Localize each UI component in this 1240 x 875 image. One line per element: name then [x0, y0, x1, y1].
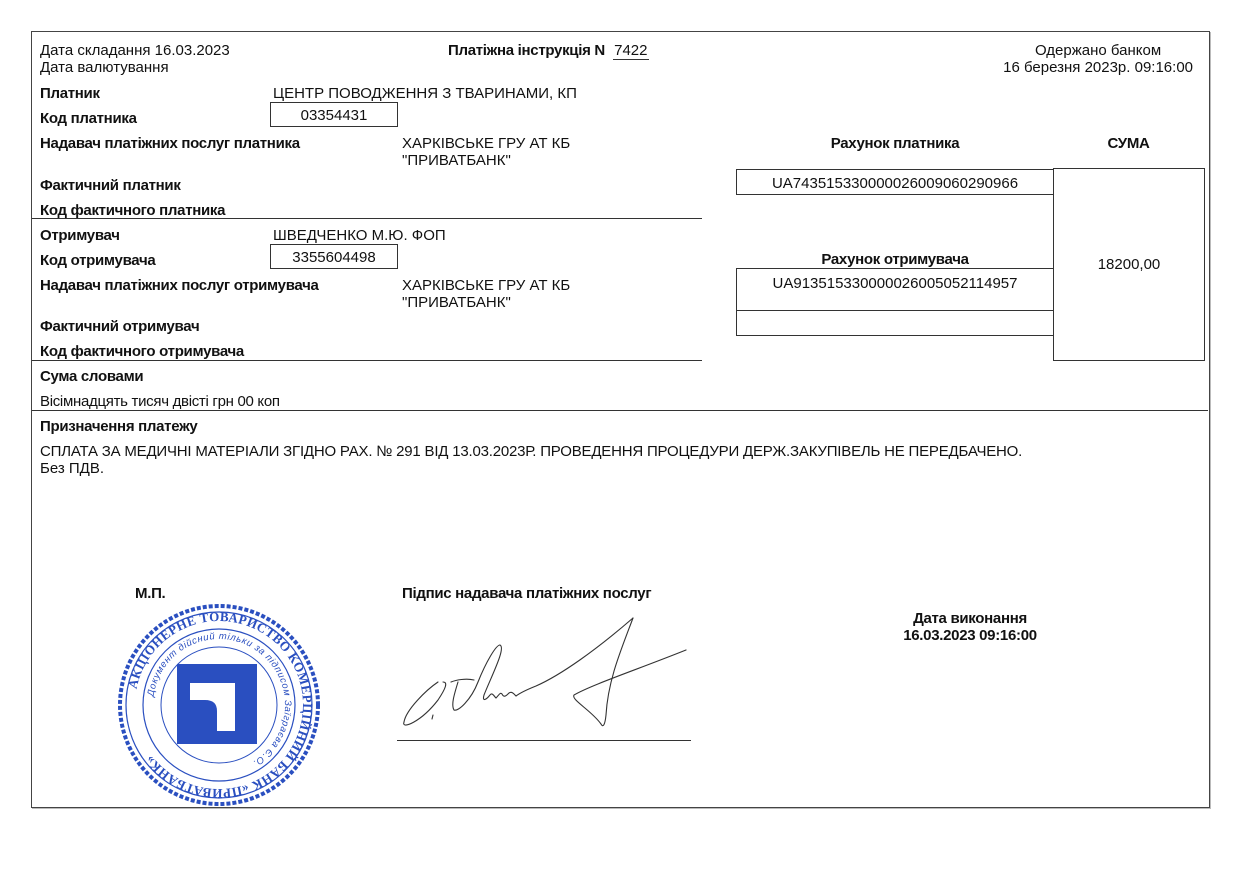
payer-code: 03354431 [270, 102, 398, 127]
actual-payer-label: Фактичний платник [40, 177, 181, 194]
recipient-account-extra [736, 310, 1054, 336]
bank-stamp-graphic: АКЦІОНЕРНЕ ТОВАРИСТВО КОМЕРЦІЙНИЙ БАНК «… [117, 603, 321, 807]
recipient-code: 3355604498 [270, 244, 398, 269]
sum-amount: 18200,00 [1098, 256, 1161, 273]
payer-provider: ХАРКІВСЬКЕ ГРУ АТ КБ "ПРИВАТБАНК" [402, 135, 570, 169]
recipient-provider-line1: ХАРКІВСЬКЕ ГРУ АТ КБ [402, 277, 570, 294]
purpose-line1: СПЛАТА ЗА МЕДИЧНІ МАТЕРІАЛИ ЗГІДНО РАХ. … [40, 443, 1022, 460]
received-block: Одержано банком 16 березня 2023р. 09:16:… [1003, 42, 1193, 76]
payer-code-label: Код платника [40, 110, 137, 127]
recipient-name: ШВЕДЧЕНКО М.Ю. ФОП [273, 227, 446, 244]
instruction-title: Платіжна інструкція N 7422 [448, 42, 649, 60]
divider-payer [32, 218, 702, 219]
payer-account-header: Рахунок платника [737, 135, 1053, 152]
signature-graphic [396, 600, 696, 745]
recipient-account-header: Рахунок отримувача [737, 251, 1053, 268]
instruction-number: 7422 [613, 42, 648, 60]
recipient-account: UA913515330000026005052114957 [736, 268, 1054, 311]
bank-stamp: АКЦІОНЕРНЕ ТОВАРИСТВО КОМЕРЦІЙНИЙ БАНК «… [117, 603, 321, 807]
actual-recipient-label: Фактичний отримувач [40, 318, 199, 335]
actual-recipient-code-label: Код фактичного отримувача [40, 343, 244, 360]
payer-name: ЦЕНТР ПОВОДЖЕННЯ З ТВАРИНАМИ, КП [273, 85, 577, 102]
amount-words-label: Сума словами [40, 368, 143, 385]
actual-payer-code-label: Код фактичного платника [40, 202, 225, 219]
payer-provider-line2: "ПРИВАТБАНК" [402, 152, 570, 169]
stamp-label: М.П. [135, 585, 165, 602]
date-compiled-value: 16.03.2023 [155, 42, 230, 59]
execution-block: Дата виконання 16.03.2023 09:16:00 [870, 610, 1070, 644]
purpose-line2: Без ПДВ. [40, 460, 104, 477]
date-compiled-label: Дата складання [40, 42, 151, 59]
divider-words [32, 410, 1208, 411]
signature-line [397, 740, 691, 741]
recipient-provider-line2: "ПРИВАТБАНК" [402, 294, 570, 311]
payer-label: Платник [40, 85, 100, 102]
value-date-label: Дата валютування [40, 59, 169, 76]
sum-header: СУМА [1053, 135, 1204, 152]
payer-provider-line1: ХАРКІВСЬКЕ ГРУ АТ КБ [402, 135, 570, 152]
payer-provider-label: Надавач платіжних послуг платника [40, 135, 300, 152]
recipient-provider-label: Надавач платіжних послуг отримувача [40, 277, 319, 294]
execution-label: Дата виконання [870, 610, 1070, 627]
instruction-title-label: Платіжна інструкція N [448, 42, 605, 59]
purpose-label: Призначення платежу [40, 418, 197, 435]
divider-recipient [32, 360, 702, 361]
sum-value: 18200,00 [1053, 168, 1205, 361]
recipient-provider: ХАРКІВСЬКЕ ГРУ АТ КБ "ПРИВАТБАНК" [402, 277, 570, 311]
date-compiled: Дата складання 16.03.2023 [40, 42, 230, 59]
amount-words: Вісімнадцять тисяч двісті грн 00 коп [40, 393, 280, 410]
recipient-label: Отримувач [40, 227, 120, 244]
received-label: Одержано банком [1003, 42, 1193, 59]
received-datetime: 16 березня 2023р. 09:16:00 [1003, 59, 1193, 76]
payer-account: UA743515330000026009060290966 [736, 169, 1054, 195]
recipient-code-label: Код отримувача [40, 252, 155, 269]
signature [396, 600, 696, 745]
execution-datetime: 16.03.2023 09:16:00 [870, 627, 1070, 644]
